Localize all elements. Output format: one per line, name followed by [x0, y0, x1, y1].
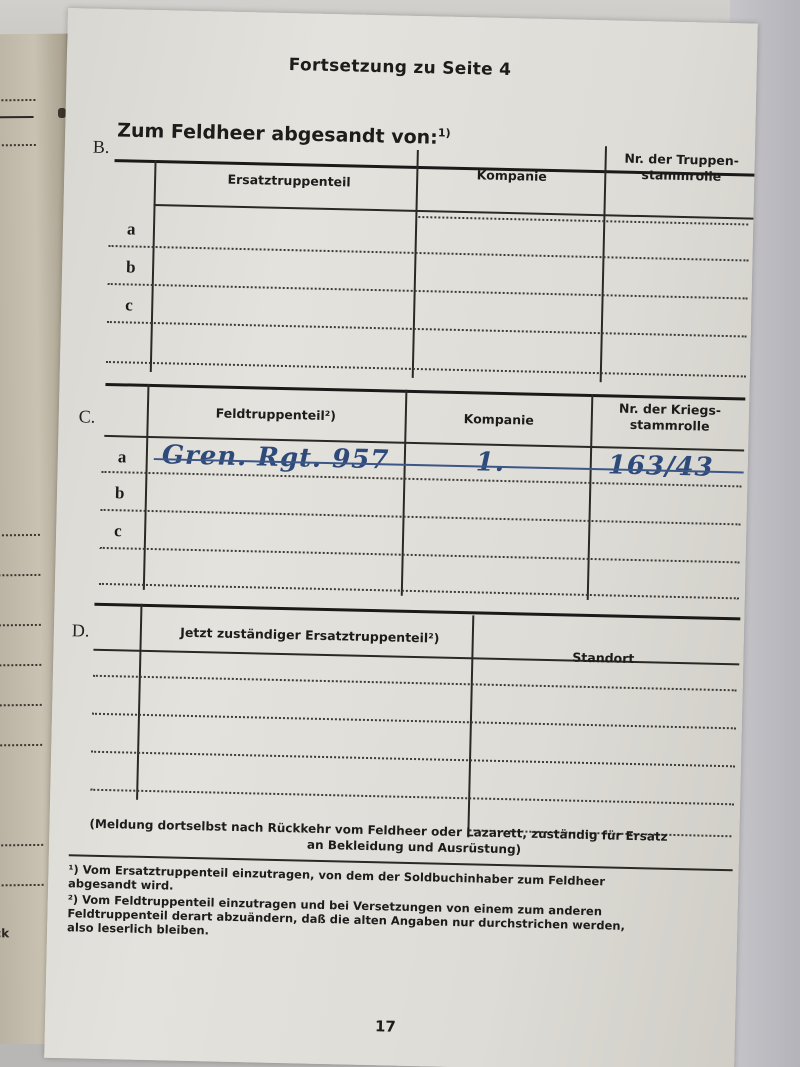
section-b-heading-text: Zum Feldheer abgesandt von: [117, 119, 438, 148]
column-divider [401, 390, 407, 596]
row-label-b: b [115, 483, 125, 503]
column-header-stammrolle: Nr. der Truppen- stammrolle [606, 150, 757, 185]
row-label-a: a [127, 219, 136, 239]
entry-line-c[interactable] [100, 547, 740, 564]
entry-line-1[interactable] [93, 675, 737, 692]
row-label-b: b [126, 257, 136, 277]
section-b-heading: Zum Feldheer abgesandt von:1) [117, 119, 451, 149]
column-divider [150, 160, 156, 372]
entry-line-d[interactable] [99, 583, 739, 600]
row-label-c: c [114, 521, 122, 541]
dotted-line [0, 704, 42, 706]
column-header-line: stammrolle [595, 416, 745, 435]
soldbuch-page: Fortsetzung zu Seite 4 B. Zum Feldheer a… [44, 8, 758, 1067]
entry-line-c[interactable] [107, 321, 747, 338]
section-c-letter: C. [78, 406, 95, 427]
dotted-line [0, 534, 40, 536]
column-header-ersatztruppenteil: Jetzt zuständiger Ersatztruppenteil²) [150, 624, 470, 647]
column-header-ersatztruppenteil: Ersatztruppenteil [164, 170, 414, 192]
section-c-top-rule [105, 383, 745, 401]
handwritten-kompanie: 1. [475, 447, 505, 478]
column-header-kompanie: Kompanie [419, 166, 604, 186]
dotted-line [0, 574, 40, 576]
dotted-line [0, 144, 36, 146]
dotted-line [1, 844, 43, 846]
entry-line-a[interactable] [109, 245, 749, 262]
section-b-letter: B. [93, 137, 110, 158]
column-header-feldtruppenteil: Feldtruppenteil²) [151, 404, 401, 426]
page-number: 17 [375, 1017, 396, 1035]
column-header-standort: Standort [473, 647, 733, 669]
dotted-line [0, 744, 42, 746]
row-label-c: c [125, 295, 133, 315]
column-divider [136, 604, 142, 800]
entry-line-d[interactable] [106, 361, 746, 378]
row-label-a: a [118, 447, 127, 467]
rule-line [0, 116, 34, 119]
entry-line-b[interactable] [108, 283, 748, 300]
section-d-letter: D. [72, 620, 90, 641]
entry-line-b[interactable] [101, 509, 741, 526]
entry-line-2[interactable] [92, 713, 736, 730]
dotted-line [0, 99, 35, 101]
dotted-line [0, 624, 41, 626]
dotted-line [0, 664, 41, 666]
handwritten-feldtruppenteil: Gren. Rgt. 957 [162, 440, 390, 475]
page-title: Fortsetzung zu Seite 4 [289, 55, 512, 80]
column-header-kriegsstammrolle: Nr. der Kriegs- stammrolle [595, 400, 746, 435]
dotted-line [2, 884, 44, 886]
column-divider [143, 384, 149, 590]
column-header-line: Nr. der Truppen- [607, 150, 757, 169]
footnote-ref: 1) [438, 126, 451, 139]
entry-line-3[interactable] [91, 751, 735, 768]
left-page-text-fragment: ck [0, 926, 9, 940]
column-header-kompanie: Kompanie [409, 410, 589, 430]
handwritten-stammrolle-number: 163/43 [607, 450, 714, 482]
section-d-top-rule [94, 603, 740, 621]
entry-line-4[interactable] [90, 789, 734, 806]
